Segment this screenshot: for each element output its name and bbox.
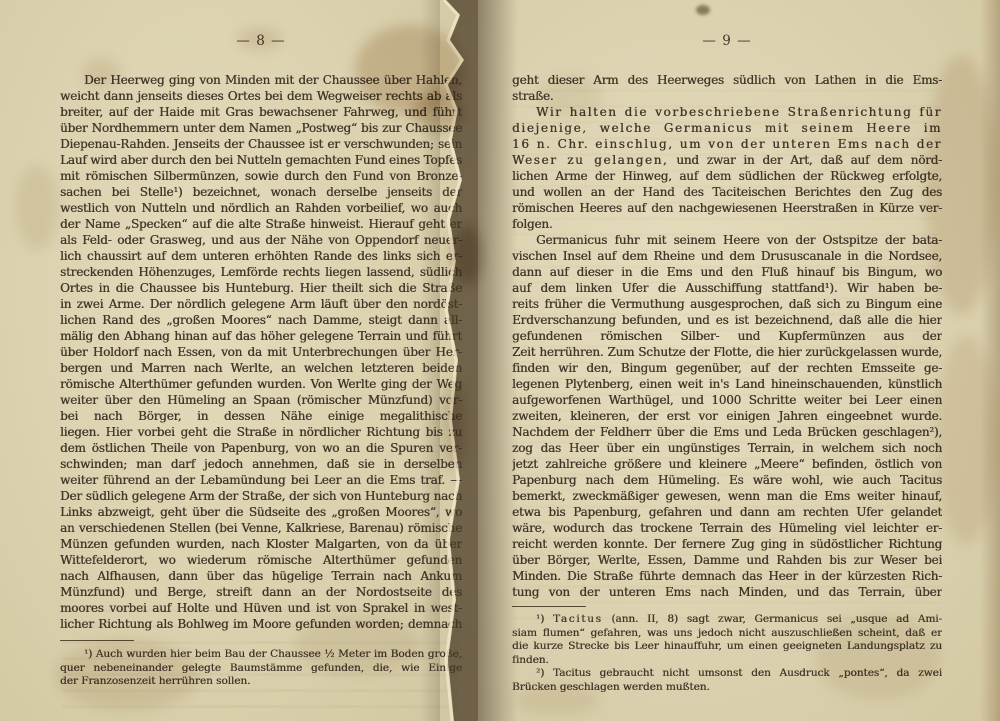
text-line: straße. bbox=[512, 88, 942, 104]
text-line: Germanicus fuhr mit seinem Heere von der… bbox=[512, 232, 942, 248]
text-line: zog das Heer über ein ungünstiges Terrai… bbox=[512, 440, 942, 456]
text-line: mit römischen Silbermünzen, sowie durch … bbox=[60, 168, 462, 184]
text-line: auf dem linken Ufer die Ausschiffung sta… bbox=[512, 280, 942, 296]
gutter-shadow-left bbox=[420, 0, 440, 721]
text-line: Lauf wird aber durch den bei Nutteln gem… bbox=[60, 152, 462, 168]
page-8-footnotes: ¹) Auch wurden hier beim Bau der Chausse… bbox=[60, 648, 462, 689]
text-line: gefundenen römischen Silber- und Kupferm… bbox=[512, 328, 942, 344]
text-line: Links abzweigt, geht über die Südseite d… bbox=[60, 504, 462, 520]
text-line: Nachdem der Feldherr über die Ems und Le… bbox=[512, 424, 942, 440]
text-line: lichen Arme der Hinweg, auf dem südliche… bbox=[512, 168, 942, 184]
text-line: sachen bei Stelle¹) bezeichnet, wonach d… bbox=[60, 184, 462, 200]
text-line: Der südlich gelegene Arm der Straße, der… bbox=[60, 488, 462, 504]
text-line: über Börger, Werlte, Essen, Damme und Ra… bbox=[512, 552, 942, 568]
text-line: Wittefelderort, wo wiederum römische Alt… bbox=[60, 552, 462, 568]
text-line: reicht werden konnte. Der fernere Zug gi… bbox=[512, 536, 942, 552]
text-line: reits früher die Vermuthung ausgesproche… bbox=[512, 296, 942, 312]
text-line: ²) Tacitus gebraucht nicht umsonst den A… bbox=[512, 667, 942, 681]
text-line: Ortes in die Chaussee bis Hunteburg. Hie… bbox=[60, 280, 462, 296]
text-line: bergen und Marren nach Werlte, an welche… bbox=[60, 360, 462, 376]
text-line: der Franzosenzeit herrühren sollen. bbox=[60, 675, 462, 689]
text-line: Weser zu gelangen, und zwar in der Art, … bbox=[512, 152, 942, 168]
text-line: und wollen an der Hand des Taciteischen … bbox=[512, 184, 942, 200]
text-line: ¹) Auch wurden hier beim Bau der Chausse… bbox=[60, 648, 462, 662]
text-line: folgen. bbox=[512, 216, 942, 232]
text-line: wäre, wodurch das trockene Terrain des H… bbox=[512, 520, 942, 536]
text-line: lichen Rand des „großen Moores“ nach Dam… bbox=[60, 312, 462, 328]
text-line: Münzfund) und Berge, streift dann an der… bbox=[60, 584, 462, 600]
text-line: tung von der unteren Ems nach Minden, un… bbox=[512, 584, 942, 600]
text-line: römische Alterthümer gefunden wurden. Vo… bbox=[60, 376, 462, 392]
text-line: schwinden; man darf jedoch annehmen, daß… bbox=[60, 456, 462, 472]
text-line: Minden. Die Straße führte demnach das He… bbox=[512, 568, 942, 584]
text-line: diejenige, welche Germanicus mit seinem … bbox=[512, 120, 942, 136]
text-line: nach Alfhausen, dann über das hügelige T… bbox=[60, 568, 462, 584]
text-line: aufgeworfenen Warthügel, und 1000 Schrit… bbox=[512, 392, 942, 408]
text-line: quer nebeneinander gelegte Baumstämme ge… bbox=[60, 662, 462, 676]
text-line: streckenden Höhenzuges, Lemförde rechts … bbox=[60, 264, 462, 280]
page-9-footnotes: ¹) Tacitus (ann. II, 8) sagt zwar, Germa… bbox=[512, 613, 942, 694]
text-line: weiter führend an der Lebamündung bei Le… bbox=[60, 472, 462, 488]
text-line: bemerkt, zweckmäßiger gewesen, wenn man … bbox=[512, 488, 942, 504]
text-line: römischen Heeres auf den nachgewiesenen … bbox=[512, 200, 942, 216]
text-line: als Feld- oder Grasweg, und aus der Nähe… bbox=[60, 232, 462, 248]
text-line: die kurze Strecke bis Leer hinauffuhr, u… bbox=[512, 640, 942, 654]
text-line: weiter über den Hümeling an Spaan (römis… bbox=[60, 392, 462, 408]
text-line: etwa bis Papenburg, gefahren und dann am… bbox=[512, 504, 942, 520]
text-line: Papenburg nach dem Hümeling. Es wäre woh… bbox=[512, 472, 942, 488]
text-line: dem östlichen Theile von Papenburg, von … bbox=[60, 440, 462, 456]
text-line: licher Richtung als Bohlweg im Moore gef… bbox=[60, 616, 462, 632]
text-line: weicht dann jenseits dieses Ortes bei de… bbox=[60, 88, 462, 104]
text-line: Münzen gefunden wurden, nach Kloster Mal… bbox=[60, 536, 462, 552]
footnote-separator-left bbox=[60, 640, 134, 641]
text-line: Diepenau-Rahden. Jenseits der Chaussee i… bbox=[60, 136, 462, 152]
text-line: Brücken geschlagen werden mußten. bbox=[512, 681, 942, 695]
text-line: liegen. Hier vorbei geht die Straße in n… bbox=[60, 424, 462, 440]
text-line: westlich von Nutteln und nördlich an Rah… bbox=[60, 200, 462, 216]
text-line: siam flumen“ gefahren, was uns jedoch ni… bbox=[512, 627, 942, 641]
text-line: lich chaussirt auf dem unteren erhöhten … bbox=[60, 248, 462, 264]
page-8-text: Der Heerweg ging von Minden mit der Chau… bbox=[60, 72, 462, 632]
text-line: Erdverschanzung befunden, und es ist bez… bbox=[512, 312, 942, 328]
text-line: bei nach Börger, in dessen Nähe einige m… bbox=[60, 408, 462, 424]
book-scan: — 8 — Der Heerweg ging von Minden mit de… bbox=[0, 0, 1000, 721]
gutter-shadow bbox=[478, 0, 518, 721]
text-line: finden. bbox=[512, 654, 942, 668]
footnote-separator-right bbox=[512, 606, 586, 607]
text-line: in zwei Arme. Der nördlich gelegene Arm … bbox=[60, 296, 462, 312]
text-line: ¹) Tacitus (ann. II, 8) sagt zwar, Germa… bbox=[512, 613, 942, 627]
text-line: 16 n. Chr. einschlug, um von der unteren… bbox=[512, 136, 942, 152]
text-line: an verschiedenen Stellen (bei Venne, Kal… bbox=[60, 520, 462, 536]
text-line: geht dieser Arm des Heerweges südlich vo… bbox=[512, 72, 942, 88]
text-line: vischen Insel auf dem Rheine und dem Dru… bbox=[512, 248, 942, 264]
text-line: über Nordhemmern unter dem Namen „Postwe… bbox=[60, 120, 462, 136]
text-line: jetzt zahlreiche größere und kleinere „M… bbox=[512, 456, 942, 472]
text-line: moores vorbei auf Holte und Hüven und is… bbox=[60, 600, 462, 616]
page-outer-edge bbox=[980, 0, 1000, 721]
text-line: zweiten, kleineren, der erst vor einigen… bbox=[512, 408, 942, 424]
text-line: finden wir den, Bingum gegenüber, auf de… bbox=[512, 360, 942, 376]
text-line: dann auf dieser in die Ems und den Fluß … bbox=[512, 264, 942, 280]
page-9-number: — 9 — bbox=[512, 32, 942, 50]
text-line: der Name „Specken“ auf die alte Straße h… bbox=[60, 216, 462, 232]
text-line: Wir halten die vorbeschriebene Straßenri… bbox=[512, 104, 942, 120]
text-line: Zeit herrühren. Zum Schutze der Flotte, … bbox=[512, 344, 942, 360]
text-line: Der Heerweg ging von Minden mit der Chau… bbox=[60, 72, 462, 88]
text-line: legenen Plytenberg, einen weit in's Land… bbox=[512, 376, 942, 392]
page-8-number: — 8 — bbox=[60, 32, 462, 50]
text-line: über Holdorf nach Essen, von da mit Unte… bbox=[60, 344, 462, 360]
text-line: breiter, auf der Haide mit Gras bewachse… bbox=[60, 104, 462, 120]
text-line: mälig den Abhang hinan auf das höher gel… bbox=[60, 328, 462, 344]
page-9-text: geht dieser Arm des Heerweges südlich vo… bbox=[512, 72, 942, 600]
